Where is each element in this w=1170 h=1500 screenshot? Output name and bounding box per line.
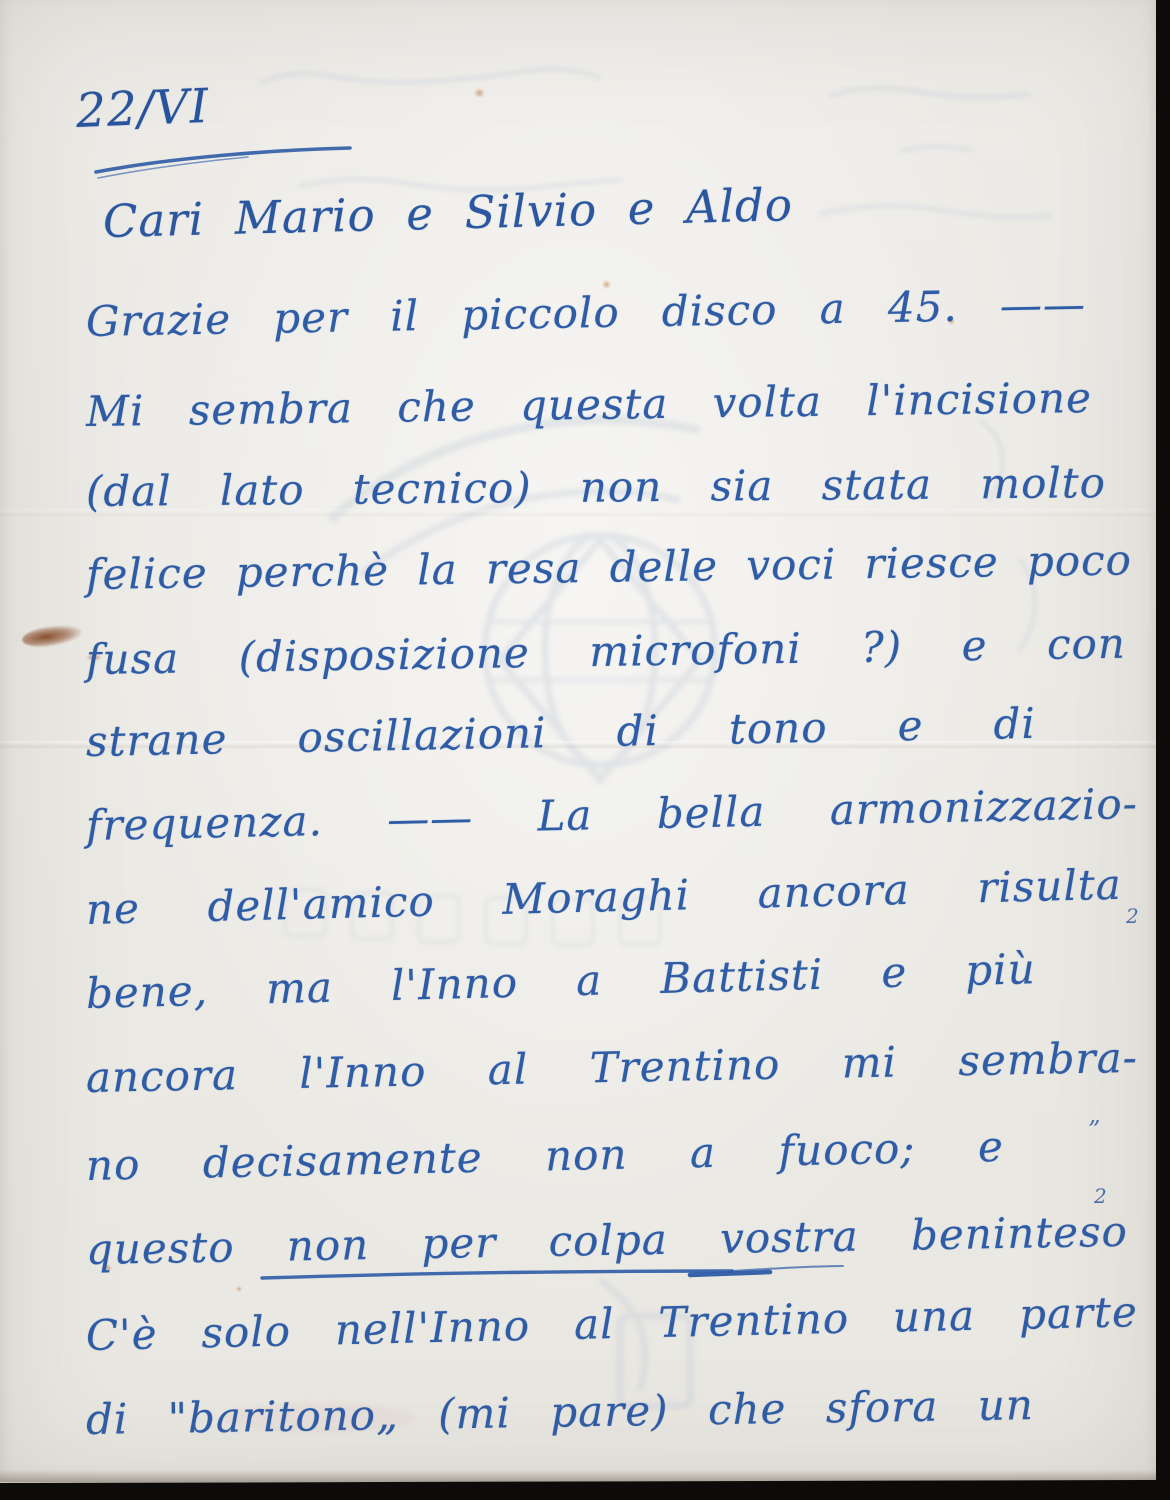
body-line: felice perchè la resa delle voci riesce … (86, 534, 1133, 601)
letter-page: 22/VI Cari Mario e Silvio e Aldo Grazie … (0, 0, 1156, 1484)
body-line: Mi sembra che questa volta l'incisione (86, 372, 1093, 439)
body-line: questo non per colpa vostra beninteso (86, 1206, 1129, 1277)
body-line: frequenza. —— La bella armonizzazio- (85, 778, 1138, 853)
body-line: C'è solo nell'Inno al Trentino una parte (85, 1286, 1138, 1362)
continuation-mark: 2 (1126, 904, 1139, 928)
body-line: Grazie per il piccolo disco a 45. —— (86, 279, 1087, 349)
stain (236, 1286, 242, 1292)
scan-edge-bottom (0, 1480, 1170, 1500)
body-line: (dal lato tecnico) non sia stata molto (86, 457, 1106, 518)
body-line: bene, ma l'Inno a Battisti e più (85, 943, 1036, 1020)
body-line: ancora l'Inno al Trentino mi sembra- (85, 1032, 1138, 1105)
continuation-mark: ” (1088, 1116, 1100, 1144)
body-line: strane oscillazioni di tono e di (85, 698, 1036, 769)
body-line: ne dell'amico Moraghi ancora risulta (85, 859, 1122, 937)
salutation: Cari Mario e Silvio e Aldo (102, 177, 793, 250)
stain (21, 622, 83, 650)
stain (474, 88, 485, 98)
continuation-mark: 2 (1094, 1184, 1107, 1208)
scan-edge-right (1156, 0, 1170, 1500)
body-line: di "baritono„ (mi pare) che sfora un (86, 1379, 1035, 1446)
date-underline (96, 148, 350, 172)
body-line: fusa (disposizione microfoni ?) e con (86, 618, 1127, 687)
letter-date: 22/VI (75, 79, 210, 139)
body-line: no decisamente non a fuoco; e (85, 1121, 1004, 1193)
